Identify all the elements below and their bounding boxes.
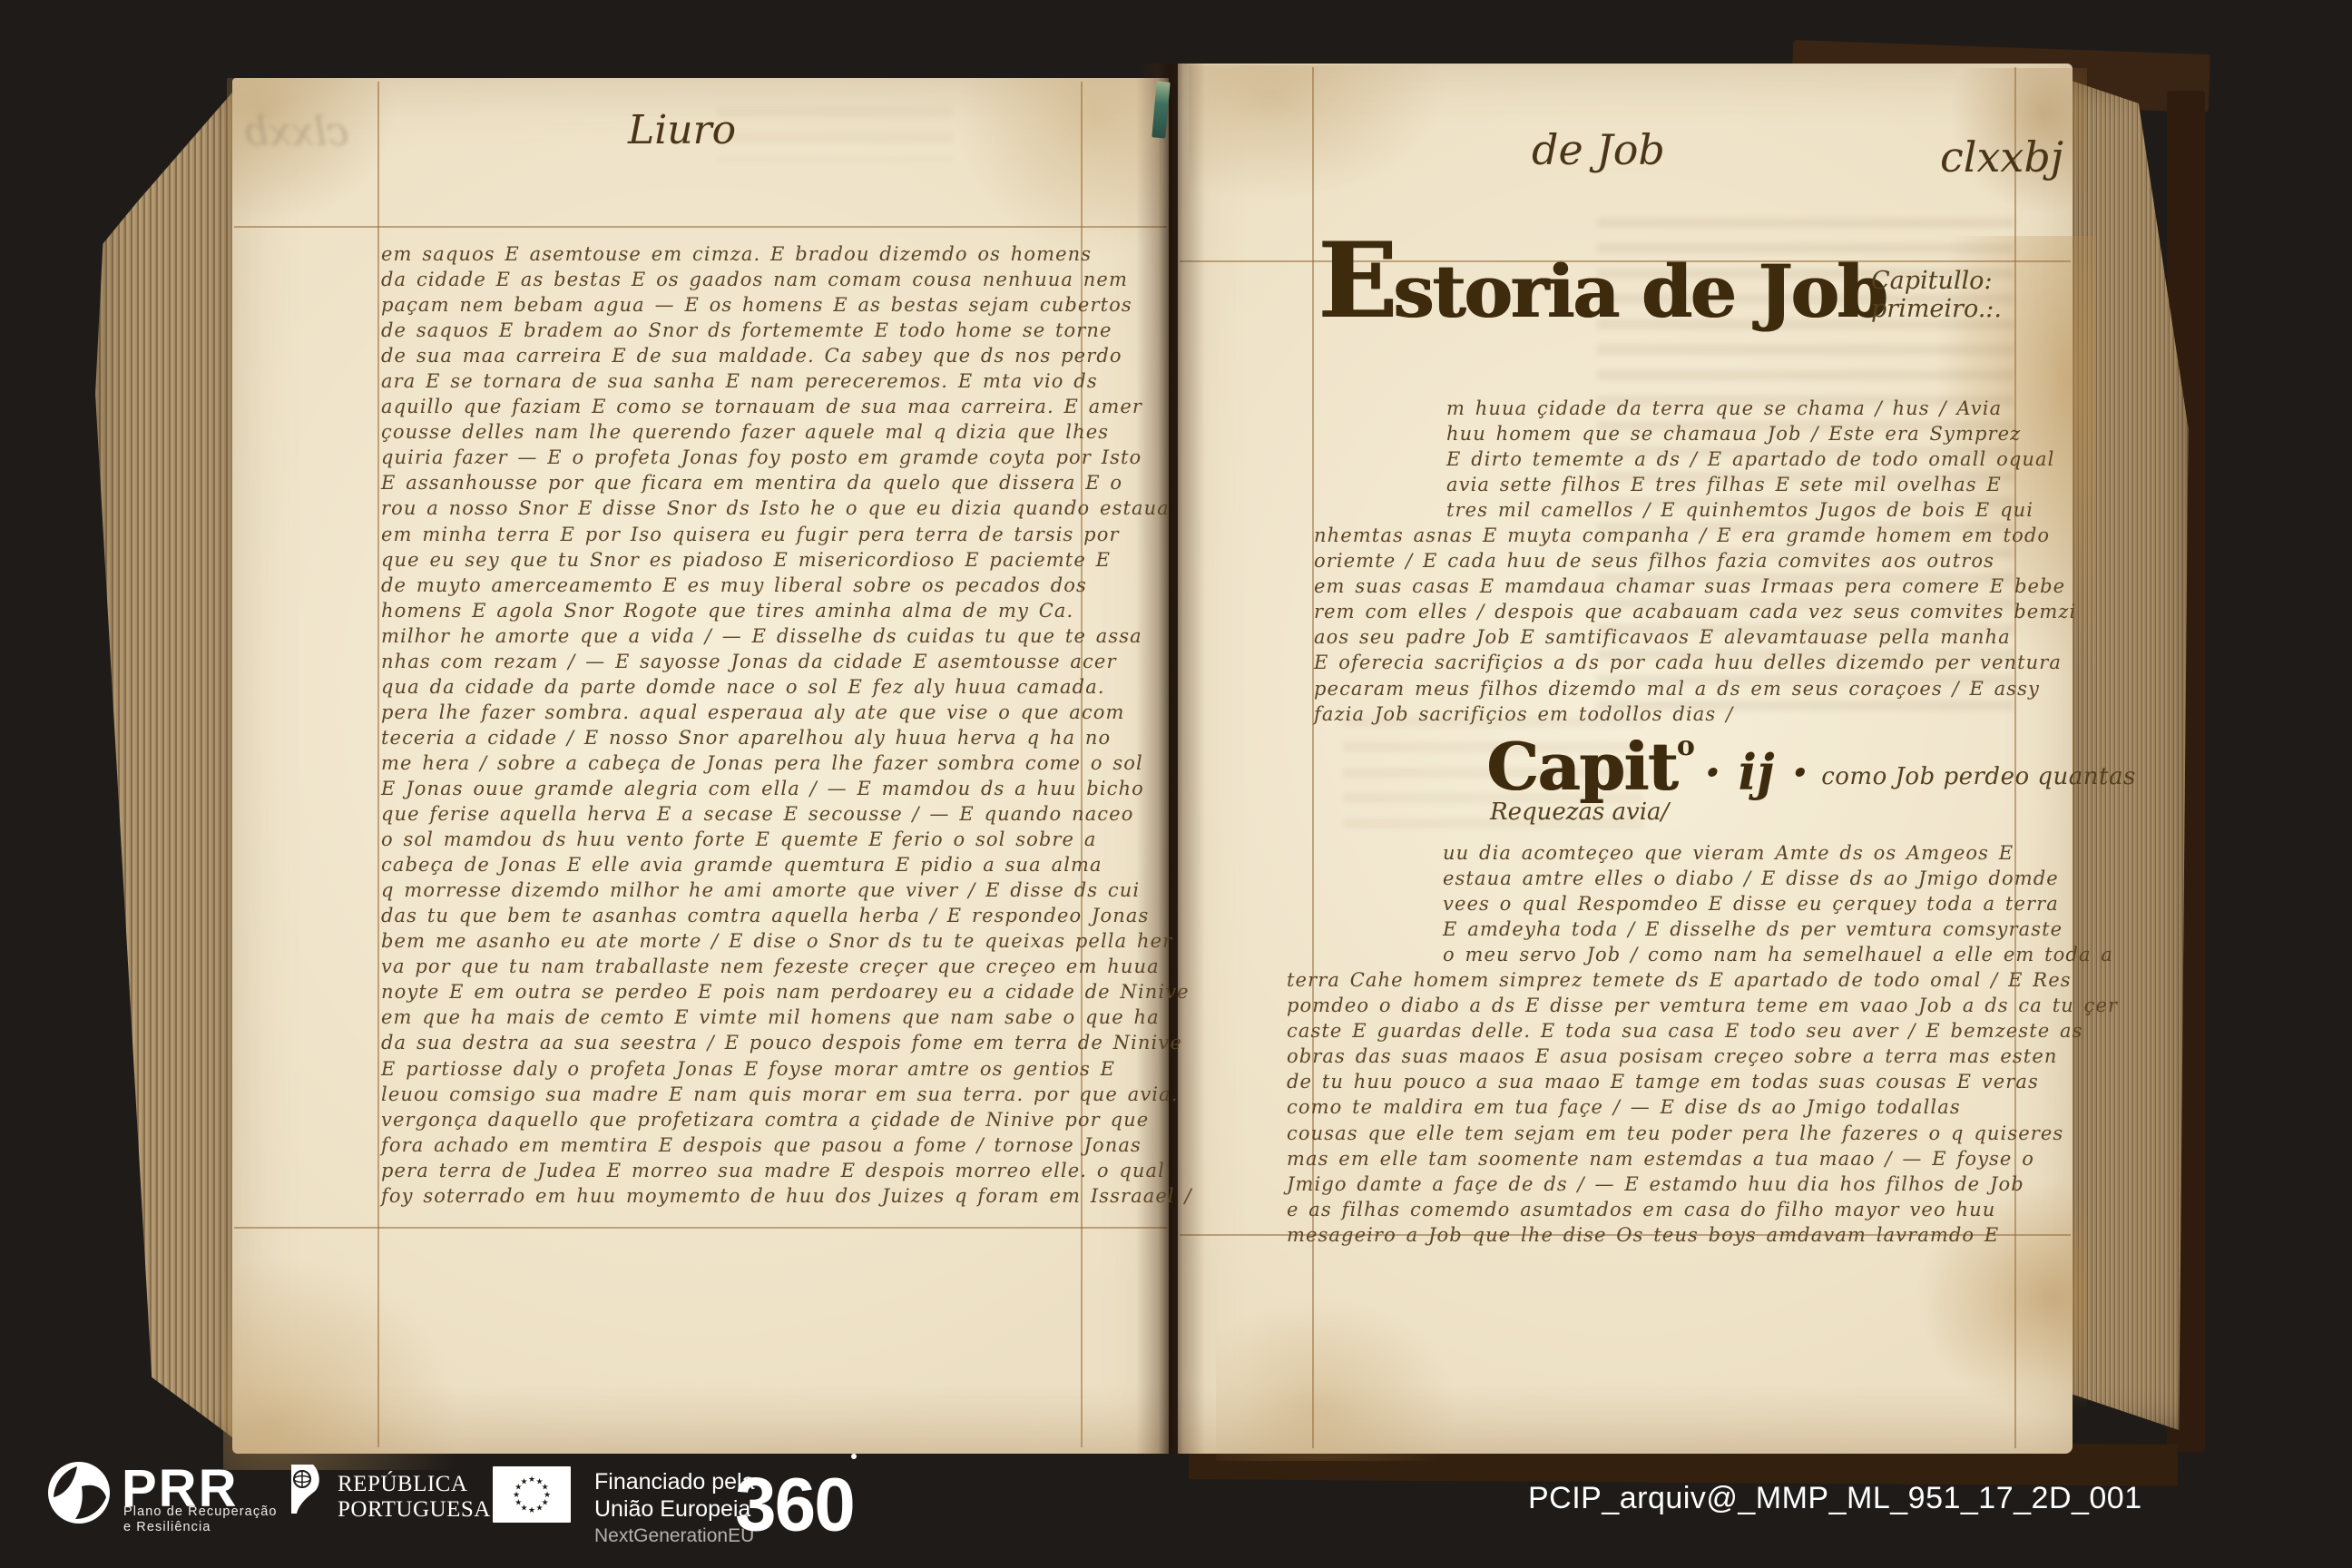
manuscript-text-line: que eu sey que tu Snor es piadoso E mise… [381, 547, 1084, 573]
manuscript-text-line: m huua çidade da terra que se chama / hu… [1314, 396, 2017, 421]
prr-tagline-line1: Plano de Recuperação [123, 1504, 278, 1520]
republica-line2: PORTUGUESA [338, 1497, 491, 1523]
manuscript-text-line: de muyto amerceamemto E es muy liberal s… [381, 573, 1084, 598]
dot-artifact [851, 1454, 857, 1459]
manuscript-text-line: rem com elles / despois que acabauam cad… [1314, 599, 2017, 624]
manuscript-text-line: E dirto tememte a ds / E apartado de tod… [1314, 446, 2017, 472]
manuscript-text-line: rou a nosso Snor E disse Snor ds Isto he… [381, 495, 1084, 521]
svg-text:★: ★ [528, 1475, 535, 1485]
eu-funding-line1: Financiado pela [594, 1468, 755, 1495]
republica-portuguesa-label: REPÚBLICA PORTUGUESA [338, 1472, 491, 1523]
manuscript-text-line: E assanhousse por que ficara em mentira … [381, 470, 1084, 495]
running-header-right: de Job [1532, 125, 1665, 174]
ruling-line [234, 1227, 1167, 1229]
manuscript-text-line: que ferise aquella herva E a secase E se… [381, 801, 1084, 827]
manuscript-text-line: em minha terra E por Iso quisera eu fugi… [381, 522, 1084, 547]
manuscript-text-line: o meu servo Job / como nam ha semelhauel… [1287, 942, 2017, 967]
manuscript-text-line: E amdeyha toda / E disselhe ds per vemtu… [1287, 916, 2017, 942]
manuscript-text-line: terra Cahe homem simprez temete ds E apa… [1287, 967, 2017, 993]
chapter-1-title-text: storia de Job [1393, 249, 1886, 334]
chapter-2-title-text: Capit [1486, 728, 1677, 805]
manuscript-text-line: de sua maa carreira E de sua maldade. Ca… [381, 343, 1084, 368]
manuscript-text-line: de saquos E bradem ao Snor ds fortememte… [381, 318, 1084, 343]
chapter-1-title: Estoria de Job [1318, 229, 1886, 334]
page-edges-left [91, 80, 243, 1445]
manuscript-text-line: mas em elle tam soomente nam estemdas a … [1287, 1146, 2017, 1171]
chapter-2-numeral: · ij · [1704, 743, 1808, 801]
manuscript-text-line: huu homem que se chamaua Job / Este era … [1314, 421, 2017, 446]
manuscript-text-line: tres mil camellos / E quinhemtos Jugos d… [1314, 497, 2017, 523]
svg-text:★: ★ [520, 1477, 527, 1486]
manuscript-text-line: teceria a cidade / E nosso Snor aparelho… [381, 725, 1084, 750]
manuscript-text-line: leuou comsigo sua madre E nam quis morar… [381, 1082, 1084, 1107]
manuscript-text-line: vergonça daquello que profetizara comtra… [381, 1107, 1084, 1132]
manuscript-text-line: nhas com rezam / — E sayosse Jonas da ci… [381, 649, 1084, 674]
chapter-2-rubric-line2: Requezas avia/ [1490, 799, 1669, 827]
right-page-paragraph-1: m huua çidade da terra que se chama / hu… [1314, 396, 2017, 727]
left-page-text-block: em saquos E asemtouse em cimza. E bradou… [381, 241, 1084, 1209]
manuscript-text-line: homens E agola Snor Rogote que tires ami… [381, 598, 1084, 623]
manuscript-text-line: E Jonas ouue gramde alegria com ella / —… [381, 776, 1084, 801]
manuscript-text-line: fora achado em memtira E despois que pas… [381, 1132, 1084, 1158]
running-header-left: Liuro [628, 107, 736, 153]
manuscript-photo: clxxb Liuro de Job clxxbj em saquos E as… [0, 0, 2352, 1568]
manuscript-text-line: pecaram meus filhos dizemdo mal a ds em … [1314, 676, 2017, 701]
gutter-shadow [1136, 64, 1205, 1454]
manuscript-text-line: cabeça de Jonas E elle avia gramde quemt… [381, 852, 1084, 877]
manuscript-text-line: fazia Job sacrifiçios em todollos dias / [1314, 701, 2017, 727]
chapter-1-rubric-line1: Capitullo: [1871, 267, 2002, 295]
eu-funding-line2: União Europeia [594, 1495, 755, 1523]
manuscript-text-line: obras das suas maaos E asua posisam creç… [1287, 1044, 2017, 1069]
manuscript-text-line: cousas que elle tem sejam em teu poder p… [1287, 1121, 2017, 1146]
image-page-number: 360 [735, 1462, 854, 1549]
manuscript-text-line: qua da cidade da parte domde nace o sol … [381, 674, 1084, 700]
ruling-line [234, 226, 1167, 228]
chapter-2-rubric-inline: como Job perdeo quantas [1821, 763, 2136, 790]
manuscript-text-line: vees o qual Respomdeo E disse eu çerquey… [1287, 891, 2017, 916]
manuscript-text-line: q morresse dizemdo milhor he ami amorte … [381, 877, 1084, 903]
manuscript-text-line: E oferecia sacrifiçios a ds por cada huu… [1314, 650, 2017, 675]
prr-tagline-line2: e Resiliência [123, 1520, 278, 1535]
manuscript-text-line: milhor he amorte que a vida / — E dissel… [381, 623, 1084, 649]
svg-text:★: ★ [514, 1499, 522, 1508]
eu-flag-icon: ★★★ ★★★ ★★★ ★★★ [493, 1466, 571, 1523]
manuscript-text-line: Jmigo damte a façe de ds / — E estamdo h… [1287, 1171, 2017, 1197]
manuscript-text-line: da cidade E as bestas E os gaados nam co… [381, 267, 1084, 292]
manuscript-text-line: de tu huu pouco a sua maao E tamge em to… [1287, 1069, 2017, 1094]
manuscript-text-line: çousse delles nam lhe querendo fazer aqu… [381, 419, 1084, 445]
manuscript-text-line: como te maldira em tua façe / — E dise d… [1287, 1094, 2017, 1120]
archive-reference-code: PCIP_arquiv@_MMP_ML_951_17_2D_001 [1528, 1481, 2142, 1516]
chapter-2-title: Capit o · ij · como Job perdeo quantas [1486, 728, 2136, 805]
republica-portuguesa-icon [289, 1465, 323, 1518]
svg-text:★: ★ [528, 1506, 535, 1515]
chapter-1-rubric-line2: primeiro.:. [1871, 295, 2002, 323]
prr-tagline: Plano de Recuperação e Resiliência [123, 1504, 278, 1535]
chapter-2-title-superscript: o [1677, 730, 1695, 762]
ruling-line [377, 82, 379, 1447]
manuscript-text-line: pera terra de Judea E morreo sua madre E… [381, 1158, 1084, 1183]
manuscript-text-line: da sua destra aa sua seestra / E pouco d… [381, 1030, 1084, 1055]
manuscript-text-line: ara E se tornara de sua sanha E nam pere… [381, 368, 1084, 394]
manuscript-text-line: uu dia acomteçeo que vieram Amte ds os A… [1287, 840, 2017, 866]
manuscript-text-line: mesageiro a Job que lhe dise Os teus boy… [1287, 1222, 2017, 1248]
republica-line1: REPÚBLICA [338, 1472, 491, 1497]
manuscript-text-line: em saquos E asemtouse em cimza. E bradou… [381, 241, 1084, 267]
manuscript-text-line: me hera / sobre a cabeça de Jonas pera l… [381, 750, 1084, 776]
manuscript-text-line: o sol mamdou ds huu vento forte E quemte… [381, 827, 1084, 852]
eu-funding-label: Financiado pela União Europeia NextGener… [594, 1468, 755, 1547]
svg-text:★: ★ [513, 1491, 520, 1500]
prr-logo-icon [47, 1461, 111, 1529]
manuscript-text-line: bem me asanho eu ate morte / E dise o Sn… [381, 928, 1084, 954]
svg-text:★: ★ [535, 1504, 543, 1514]
manuscript-text-line: em que ha mais de cemto E vimte mil home… [381, 1004, 1084, 1030]
manuscript-text-line: nhemtas asnas E muyta companha / E era g… [1314, 523, 2017, 548]
manuscript-text-line: aquillo que faziam E como se tornauam de… [381, 394, 1084, 419]
manuscript-text-line: oriemte / E cada huu de seus filhos fazi… [1314, 548, 2017, 573]
manuscript-text-line: estaua amtre elles o diabo / E disse ds … [1287, 866, 2017, 891]
manuscript-text-line: noyte E em outra se perdeo E pois nam pe… [381, 979, 1084, 1004]
chapter-1-rubric: Capitullo: primeiro.:. [1871, 267, 2002, 323]
manuscript-text-line: e as filhas comemdo asumtados em casa do… [1287, 1197, 2017, 1222]
manuscript-text-line: caste E guardas delle. E toda sua casa E… [1287, 1018, 2017, 1044]
manuscript-text-line: em suas casas E mamdaua chamar suas Irma… [1314, 573, 2017, 599]
manuscript-text-line: quiria fazer — E o profeta Jonas foy pos… [381, 445, 1084, 470]
folio-number: clxxbj [1940, 132, 2063, 181]
right-page-paragraph-2: uu dia acomteçeo que vieram Amte ds os A… [1287, 840, 2017, 1248]
manuscript-text-line: pera lhe fazer sombra. aqual esperaua al… [381, 700, 1084, 725]
manuscript-text-line: E partiosse daly o profeta Jonas E foyse… [381, 1056, 1084, 1082]
manuscript-text-line: va por que tu nam traballaste nem fezest… [381, 954, 1084, 979]
manuscript-text-line: pomdeo o diabo a ds E disse per vemtura … [1287, 993, 2017, 1018]
eu-nextgeneration-label: NextGenerationEU [594, 1525, 755, 1547]
chapter-1-initial: E [1318, 229, 1393, 332]
manuscript-text-line: paçam nem bebam agua — E os homens E as … [381, 292, 1084, 318]
manuscript-text-line: avia sette filhos E tres filhas E sete m… [1314, 472, 2017, 497]
manuscript-text-line: aos seu padre Job E samtificavaos E alev… [1314, 624, 2017, 650]
manuscript-text-line: foy soterrado em huu moymemto de huu dos… [381, 1183, 1084, 1209]
manuscript-text-line: das tu que bem te asanhas comtra aquella… [381, 903, 1084, 928]
